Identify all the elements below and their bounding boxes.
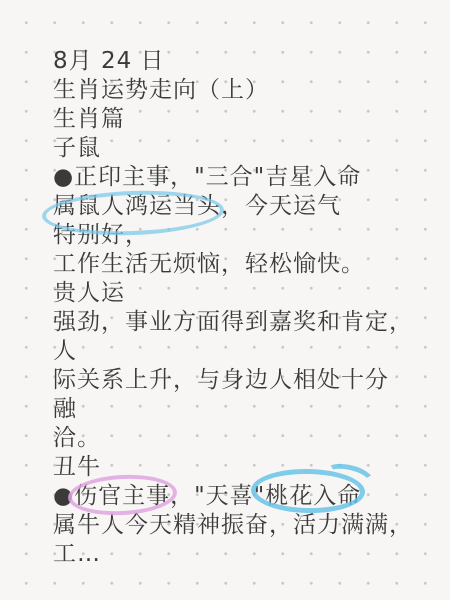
circled-text-blue: 桃花入命 (265, 482, 361, 511)
rat-body-line-7: 融 (53, 395, 443, 424)
rat-summary-text: 正印主事，"三合"吉星入命 (74, 164, 361, 190)
date-line: 8月 24 日 (53, 47, 443, 76)
ox-summary-middle: ，"天喜" (170, 483, 265, 509)
rat-luck-rest: ，今天运气 (221, 193, 341, 219)
circled-text-pink: 伤官主事 (74, 482, 170, 511)
bullet-icon: ● (53, 483, 74, 509)
fortune-text-block: 8月 24 日 生肖运势走向（上） 生肖篇 子鼠 ●正印主事，"三合"吉星入命 … (53, 47, 443, 569)
circled-text-blue: 属鼠人鸿运当头 (53, 192, 221, 221)
bullet-icon: ● (53, 164, 74, 190)
rat-luck-line: 属鼠人鸿运当头，今天运气 (53, 192, 443, 221)
rat-body-line-6: 际关系上升，与身边人相处十分 (53, 366, 443, 395)
rat-body-line-1: 特别好， (53, 221, 443, 250)
page-title: 生肖运势走向（上） (53, 76, 443, 105)
rat-body-line-2: 工作生活无烦恼，轻松愉快。 (53, 250, 443, 279)
ox-body-line-1: 属牛人今天精神振奋，活力满满， (53, 511, 443, 540)
rat-body-line-8: 洽。 (53, 424, 443, 453)
ox-summary-line: ●伤官主事，"天喜"桃花入命 (53, 482, 443, 511)
note-page: 8月 24 日 生肖运势走向（上） 生肖篇 子鼠 ●正印主事，"三合"吉星入命 … (0, 0, 450, 600)
rat-summary-line: ●正印主事，"三合"吉星入命 (53, 163, 443, 192)
zodiac-rat-heading: 子鼠 (53, 134, 443, 163)
section-label: 生肖篇 (53, 105, 443, 134)
rat-body-line-4: 强劲，事业方面得到嘉奖和肯定， (53, 308, 443, 337)
rat-body-line-5: 人 (53, 337, 443, 366)
truncated-text-line: 工… (53, 540, 443, 569)
rat-body-line-3: 贵人运 (53, 279, 443, 308)
zodiac-ox-heading: 丑牛 (53, 453, 443, 482)
